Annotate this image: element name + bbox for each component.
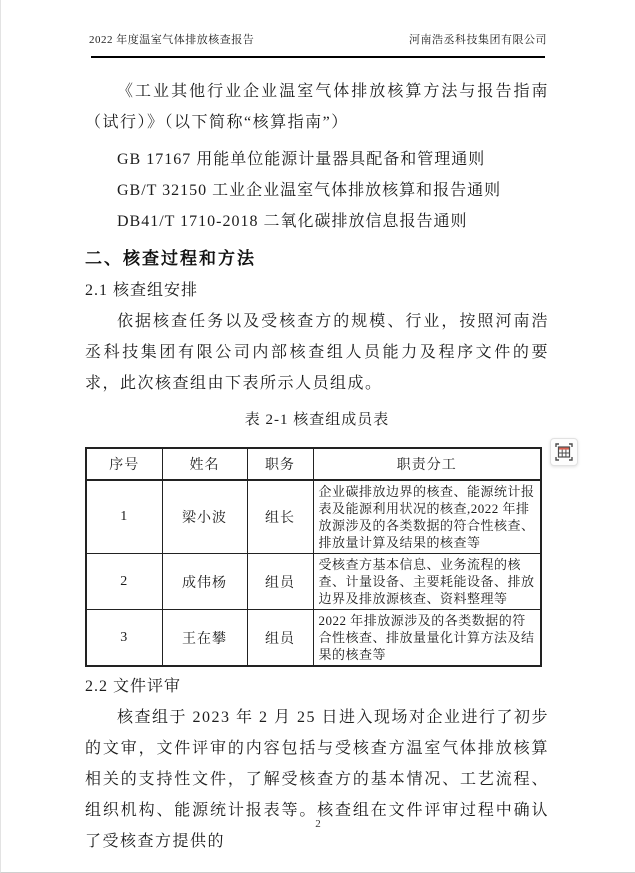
col-header-name: 姓名 (162, 448, 247, 480)
standard-line: GB/T 32150 工业企业温室气体排放核算和报告通则 (85, 175, 549, 206)
cell-name: 王在攀 (162, 610, 247, 667)
cell-role: 组长 (247, 480, 313, 554)
standards-list: GB 17167 用能单位能源计量器具配备和管理通则 GB/T 32150 工业… (85, 144, 549, 237)
page-content: 《工业其他行业企业温室气体排放核算方法与报告指南（试行）》（以下简称“核算指南”… (85, 64, 549, 857)
col-header-duty: 职责分工 (313, 448, 541, 480)
paragraph-2-1: 依据核查任务以及受核查方的规模、行业，按照河南浩丞科技集团有限公司内部核查组人员… (85, 306, 549, 399)
guide-paragraph: 《工业其他行业企业温室气体排放核算方法与报告指南（试行）》（以下简称“核算指南”… (85, 76, 549, 138)
table-extract-button[interactable] (550, 438, 578, 466)
document-page: 2022 年度温室气体排放核查报告 河南浩丞科技集团有限公司 《工业其他行业企业… (0, 0, 635, 873)
cell-name: 梁小波 (162, 480, 247, 554)
table-header-row: 序号 姓名 职务 职责分工 (86, 448, 541, 480)
standard-line: DB41/T 1710-2018 二氧化碳排放信息报告通则 (85, 206, 549, 237)
section-2-heading: 二、核查过程和方法 (85, 247, 549, 271)
cell-duty: 受核查方基本信息、业务流程的核查、计量设备、主要耗能设备、排放边界及排放源核查、… (313, 554, 541, 610)
table-row: 1 梁小波 组长 企业碳排放边界的核查、能源统计报表及能源利用状况的核查,202… (86, 480, 541, 554)
col-header-role: 职务 (247, 448, 313, 480)
table-extract-icon (555, 443, 573, 461)
col-header-no: 序号 (86, 448, 162, 480)
standard-line: GB 17167 用能单位能源计量器具配备和管理通则 (85, 144, 549, 175)
cell-role: 组员 (247, 610, 313, 667)
subsection-2-1-heading: 2.1 核查组安排 (85, 275, 549, 306)
header-company-name: 河南浩丞科技集团有限公司 (409, 31, 547, 47)
table-row: 2 成伟杨 组员 受核查方基本信息、业务流程的核查、计量设备、主要耗能设备、排放… (86, 554, 541, 610)
page-number: 2 (1, 818, 635, 830)
cell-no: 1 (86, 480, 162, 554)
cell-duty: 2022 年排放源涉及的各类数据的符合性核查、排放量量化计算方法及结果的核查等 (313, 610, 541, 667)
header-rule (91, 56, 545, 58)
verification-team-table: 序号 姓名 职务 职责分工 1 梁小波 组长 企业碳排放边界的核查、能源统计报表… (85, 447, 542, 667)
table-caption: 表 2-1 核查组成员表 (85, 408, 549, 432)
table-row: 3 王在攀 组员 2022 年排放源涉及的各类数据的符合性核查、排放量量化计算方… (86, 610, 541, 667)
paragraph-2-2: 核查组于 2023 年 2 月 25 日进入现场对企业进行了初步的文审，文件评审… (85, 702, 549, 857)
page-header: 2022 年度温室气体排放核查报告 河南浩丞科技集团有限公司 (89, 31, 547, 47)
cell-no: 2 (86, 554, 162, 610)
header-doc-title: 2022 年度温室气体排放核查报告 (89, 31, 254, 47)
cell-duty: 企业碳排放边界的核查、能源统计报表及能源利用状况的核查,2022 年排放源涉及的… (313, 480, 541, 554)
cell-name: 成伟杨 (162, 554, 247, 610)
cell-role: 组员 (247, 554, 313, 610)
cell-no: 3 (86, 610, 162, 667)
subsection-2-2-heading: 2.2 文件评审 (85, 671, 549, 702)
